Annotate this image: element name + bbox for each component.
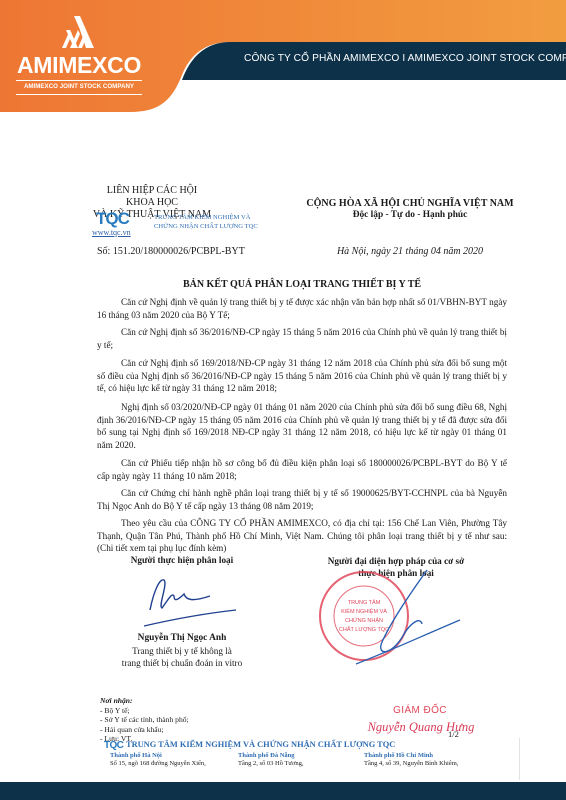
- branch-address: Số 15, ngõ 168 đường Nguyễn Xiển,: [110, 760, 250, 768]
- director-name: Nguyễn Quang Hưng: [346, 720, 496, 735]
- logo-rule: [16, 94, 142, 95]
- svg-text:CHẤT LƯỢNG TQC: CHẤT LƯỢNG TQC: [339, 626, 389, 633]
- document-title: BẢN KẾT QUẢ PHÂN LOẠI TRANG THIẾT BỊ Y T…: [92, 279, 512, 290]
- footer-org-name: TRUNG TÂM KIỂM NGHIỆM VÀ CHỨNG NHẬN CHẤT…: [126, 740, 395, 749]
- tqc-org-line-1: TRUNG TÂM KIỂM NGHIỆM VÀ: [154, 213, 258, 222]
- paragraph: Căn cứ Nghị định về quản lý trang thiết …: [97, 296, 507, 321]
- note-line-2: trang thiết bị chuẩn đoán in vitro: [92, 657, 272, 669]
- paragraph: Theo yêu cầu của CÔNG TY CỔ PHẦN AMIMEXC…: [97, 517, 507, 555]
- tqc-branding: TQC www.tqc.vn TRUNG TÂM KIỂM NGHIỆM VÀ …: [92, 209, 312, 239]
- document-page: LIÊN HIỆP CÁC HỘI KHOA HỌC VÀ KỸ THUẬT V…: [0, 112, 566, 780]
- handwritten-signature-icon: [140, 570, 240, 630]
- footer-tqc-logo: TQC: [104, 740, 123, 751]
- recipient-item: - Sở Y tế các tỉnh, thành phố;: [100, 715, 189, 725]
- branch-name: Thành phố Hà Nội: [110, 752, 250, 760]
- svg-text:KIỂM NGHIỆM VÀ: KIỂM NGHIỆM VÀ: [341, 607, 387, 615]
- recipient-item: - Bộ Y tế;: [100, 706, 189, 716]
- document-number: Số: 151.20/180000026/PCBPL-BYT: [97, 246, 245, 257]
- amimexco-logo: AMIMEXCO AMIMEXCO JOINT STOCK COMPANY: [16, 14, 142, 98]
- classifier-title: Người thực hiện phân loại: [92, 555, 272, 565]
- issuer-line-1: LIÊN HIỆP CÁC HỘI KHOA HỌC: [92, 185, 212, 209]
- tqc-org-line-2: CHỨNG NHẬN CHẤT LƯỢNG TQC: [154, 222, 258, 231]
- note-line-1: Trang thiết bị y tế không là: [92, 645, 272, 657]
- bottom-navy-bar: [0, 782, 566, 800]
- recipients-list: Nơi nhận: - Bộ Y tế; - Sở Y tế các tỉnh,…: [100, 696, 189, 744]
- branch-name: Thành phố Hồ Chí Minh: [364, 752, 504, 760]
- branch-hanoi: Thành phố Hà Nội Số 15, ngõ 168 đường Ng…: [110, 752, 250, 769]
- branch-hcmc: Thành phố Hồ Chí Minh Tầng 4, số 39, Ngu…: [364, 752, 504, 769]
- mountain-logo-icon: [60, 14, 100, 50]
- svg-text:CHỨNG NHẬN: CHỨNG NHẬN: [345, 617, 383, 624]
- logo-rule: [16, 80, 142, 81]
- tqc-logo: TQC: [96, 209, 129, 229]
- logo-subtitle: AMIMEXCO JOINT STOCK COMPANY: [16, 83, 142, 90]
- classifier-name: Nguyễn Thị Ngọc Anh: [92, 633, 272, 643]
- branch-address: Tầng 2, số 03 Hồ Tương,: [238, 760, 378, 768]
- header-banner: CÔNG TY CỔ PHẦN AMIMEXCO I AMIMEXCO JOIN…: [0, 0, 566, 112]
- tqc-website-link[interactable]: www.tqc.vn: [92, 228, 131, 237]
- classification-note: Trang thiết bị y tế không là trang thiết…: [92, 645, 272, 669]
- paragraph: Căn cứ Chứng chỉ hành nghề phân loại tra…: [97, 487, 507, 512]
- place-date: Hà Nội, ngày 21 tháng 04 năm 2020: [300, 246, 520, 257]
- nation-name: CỘNG HÒA XÃ HỘI CHỦ NGHĨA VIỆT NAM: [300, 198, 520, 209]
- branch-danang: Thành phố Đà Nẵng Tầng 2, số 03 Hồ Tương…: [238, 752, 378, 769]
- logo-wordmark: AMIMEXCO: [16, 52, 142, 79]
- svg-text:TRUNG TÂM: TRUNG TÂM: [348, 599, 381, 606]
- recipients-title: Nơi nhận:: [100, 696, 189, 706]
- state-header: CỘNG HÒA XÃ HỘI CHỦ NGHĨA VIỆT NAM Độc l…: [300, 198, 520, 220]
- paragraph: Nghị định số 03/2020/NĐ-CP ngày 01 tháng…: [97, 401, 507, 451]
- tqc-org-name: TRUNG TÂM KIỂM NGHIỆM VÀ CHỨNG NHẬN CHẤT…: [154, 213, 258, 231]
- recipient-item: - Hải quan cửa khẩu;: [100, 725, 189, 735]
- paragraph: Căn cứ Nghị định số 36/2016/NĐ-CP ngày 1…: [97, 326, 507, 351]
- paragraph: Căn cứ Nghị định số 169/2018/NĐ-CP ngày …: [97, 357, 507, 395]
- issuer-footer: TQC TRUNG TÂM KIỂM NGHIỆM VÀ CHỨNG NHẬN …: [100, 738, 520, 780]
- company-tagline: CÔNG TY CỔ PHẦN AMIMEXCO I AMIMEXCO JOIN…: [244, 53, 566, 64]
- branch-name: Thành phố Đà Nẵng: [238, 752, 378, 760]
- national-motto: Độc lập - Tự do - Hạnh phúc: [300, 210, 520, 220]
- branch-address: Tầng 4, số 39, Nguyễn Bỉnh Khiêm,: [364, 760, 504, 768]
- director-title: GIÁM ĐỐC: [360, 705, 480, 716]
- paragraph: Căn cứ Phiếu tiếp nhận hồ sơ công bố đủ …: [97, 457, 507, 482]
- official-stamp-icon: TRUNG TÂM KIỂM NGHIỆM VÀ CHỨNG NHẬN CHẤT…: [312, 564, 462, 674]
